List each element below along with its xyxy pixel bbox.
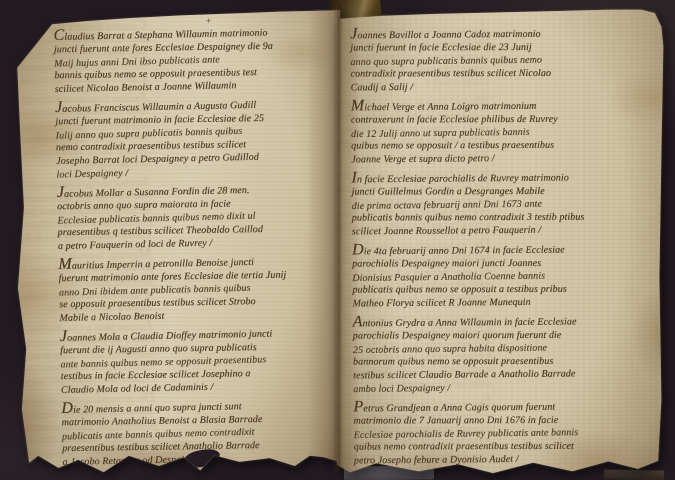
left-page-paper: Claudius Barrat a Stephana Willaumin mat…	[8, 6, 340, 474]
manuscript-paragraph: Antonius Grydra a Anna Willaumin in faci…	[353, 313, 660, 396]
manuscript-line: Joanne Verge et supra dicto petro /	[351, 151, 657, 167]
manuscript-line: Matheo Florya scilicet R Joanne Munequin	[352, 295, 658, 311]
manuscript-paragraph: Die 4ta februarij anno Dni 1674 in facie…	[352, 241, 659, 311]
manuscript-paragraph: Jacobus Franciscus Willaumin a Augusta G…	[55, 95, 335, 181]
manuscript-line: quibus nemo se opposuit / a testibus pra…	[351, 138, 657, 152]
cross-annotation: +	[206, 16, 212, 27]
manuscript-paragraph: Claudius Barrat a Stephana Willaumin mat…	[53, 23, 332, 96]
manuscript-line: publicatis bannis quibus nemo contradixi…	[352, 210, 658, 224]
manuscript-paragraph: Michael Verge et Anna Loigro matrimonium…	[351, 97, 658, 167]
manuscript-line: scilicet Joanne Roussellot a petro Fauqu…	[352, 223, 658, 239]
manuscript-line: contradixit praesentibus testibus scilic…	[350, 66, 656, 80]
manuscript-line: ambo loci Despaigney /	[353, 379, 659, 396]
manuscript-paragraph: Petrus Grandjean a Anna Cagis quorum fue…	[353, 398, 660, 468]
manuscript-line: Caudij a Salij /	[351, 79, 657, 95]
manuscript-paragraph: Joannes Bavillot a Joanna Cadoz matrimon…	[350, 25, 657, 95]
right-page: Joannes Bavillot a Joanna Cadoz matrimon…	[337, 4, 664, 476]
gutter-crease	[333, 6, 343, 472]
manuscript-paragraph: Joannes Mola a Claudia Dioffey matrimoni…	[60, 324, 339, 397]
manuscript-line: publicatis quibus nemo se opposuit a tes…	[352, 282, 658, 296]
manuscript-line: quibus nemo contradixit praesentibus tes…	[354, 439, 660, 453]
manuscript-paragraph: Jacobus Mollar a Susanna Fordin die 28 m…	[57, 180, 336, 253]
right-page-text: Joannes Bavillot a Joanna Cadoz matrimon…	[350, 25, 660, 473]
left-page-text: Claudius Barrat a Stephana Willaumin mat…	[53, 23, 340, 474]
manuscript-paragraph: Mauritius Imperrin a petronilla Benoise …	[58, 252, 337, 325]
manuscript-line: bannorum quibus nemo se opposuit praesen…	[353, 354, 659, 368]
right-page-paper: Joannes Bavillot a Joanna Cadoz matrimon…	[337, 4, 664, 476]
left-page: Claudius Barrat a Stephana Willaumin mat…	[8, 6, 340, 474]
manuscript-paragraph: In facie Ecclesiae parochialis de Ruvrey…	[351, 169, 658, 239]
manuscript-photo: Claudius Barrat a Stephana Willaumin mat…	[0, 0, 675, 480]
manuscript-line: petro Josepho febure a Dyonisio Audet /	[354, 452, 660, 468]
